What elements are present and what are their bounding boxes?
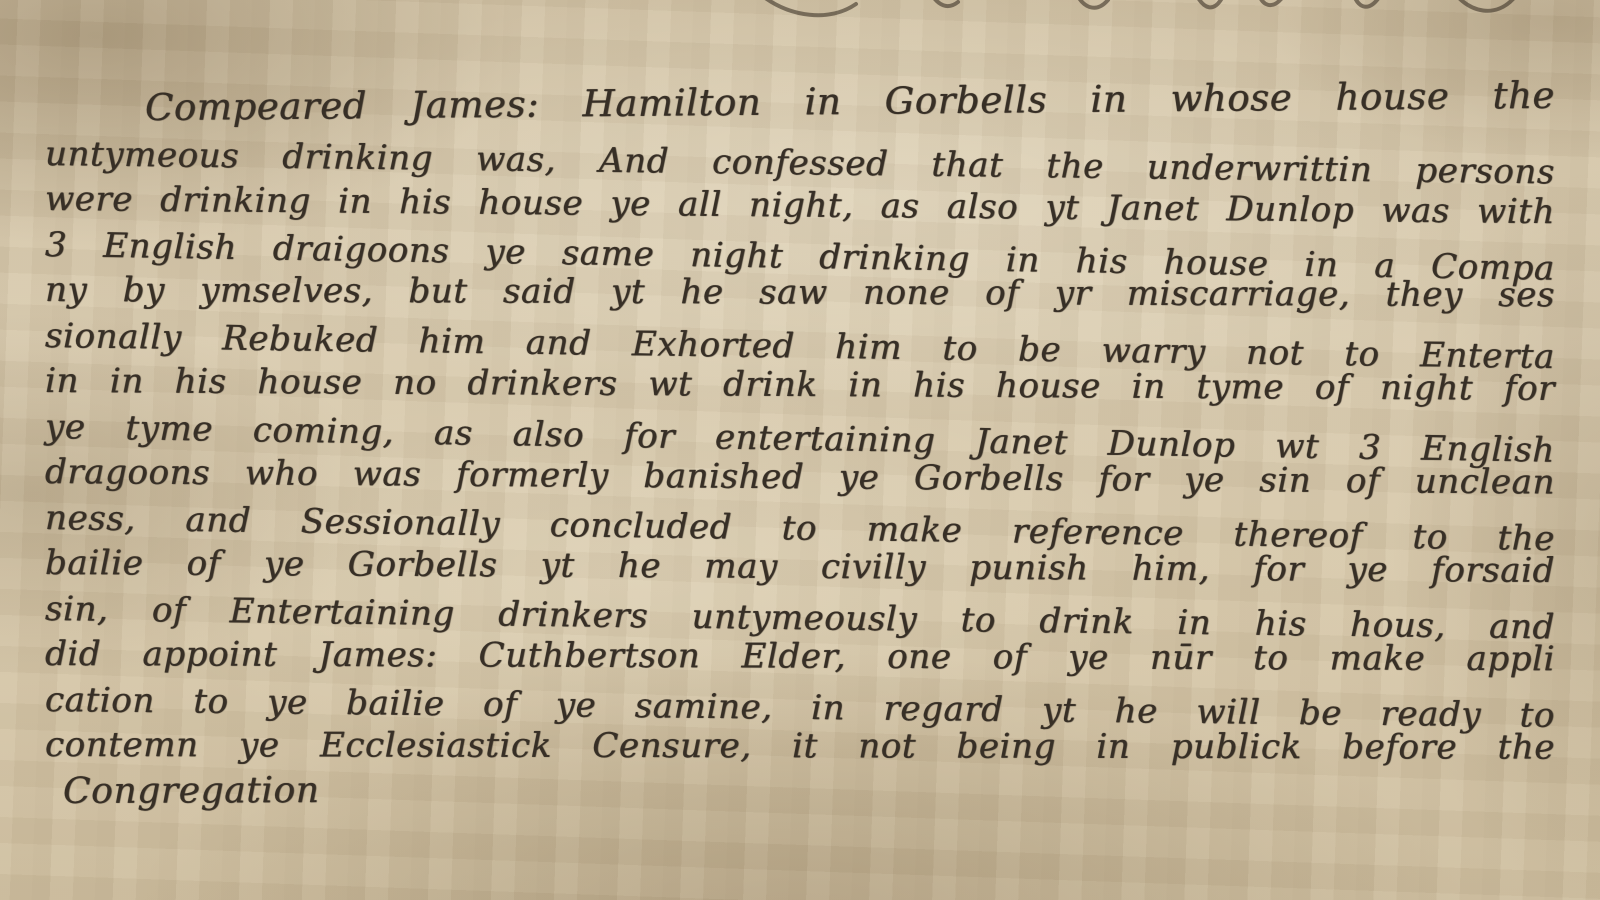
manuscript-line: Congregation [45,763,1555,814]
manuscript-line: dragoons who was formerly banished ye Go… [45,450,1555,506]
manuscript-text: Compeared James: Hamilton in Gorbells in… [0,86,1600,814]
cropped-previous-line-strokes [0,0,1600,60]
manuscript-line: did appoint James: Cuthbertson Elder, on… [45,632,1555,683]
manuscript-line: in in his house no drinkers wt drink in … [45,359,1555,412]
manuscript-page: Compeared James: Hamilton in Gorbells in… [0,0,1600,900]
manuscript-line: ny by ymselves, but said yt he saw none … [45,268,1555,319]
manuscript-line: Compeared James: Hamilton in Gorbells in… [45,73,1555,132]
manuscript-line: bailie of ye Gorbells yt he may civilly … [45,541,1555,594]
